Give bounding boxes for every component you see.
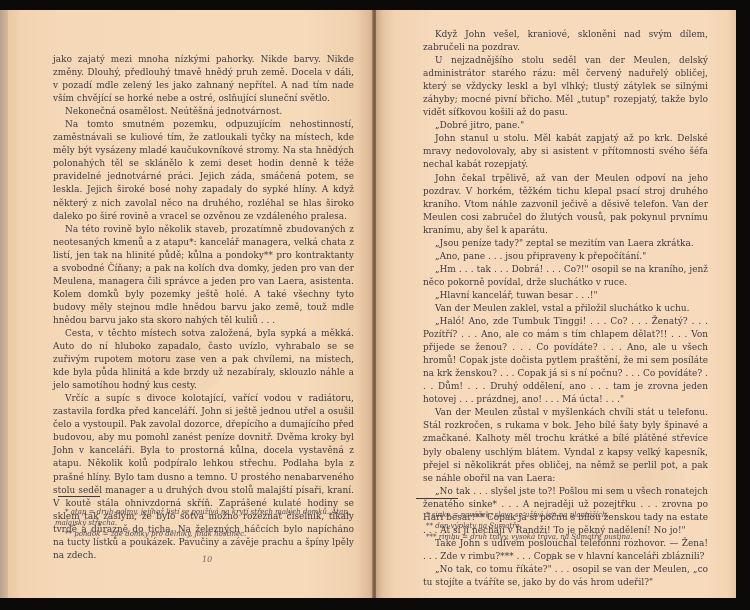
paragraph: Nekonečná osamělost. Neútěšná jednotvárn… (53, 106, 354, 119)
paragraph: Na tomto smutném pozemku, odpuzujícím ne… (53, 119, 354, 223)
right-page-footnotes: * sinke = nováček; slova se užívá jen na… (416, 510, 706, 543)
paragraph: „Haló! Ano, zde Tumbuk Tinggi! . . . Co?… (423, 316, 708, 407)
paragraph: „Dobré jitro, pane." (423, 120, 708, 133)
scan-border (736, 10, 750, 610)
right-page-body: Když John vešel, kraniové, skloněni nad … (423, 29, 708, 590)
paragraph: Když John vešel, kraniové, skloněni nad … (423, 29, 708, 55)
paragraph: U nejzadnějšího stolu seděl van der Meul… (423, 55, 708, 120)
paragraph: Cesta, v těchto místech sotva založená, … (53, 328, 354, 393)
footnote: ** pondok = zde domky pro dělníky, jinak… (55, 529, 355, 540)
paragraph: Van der Meulen zaklel, vstal a přiložil … (423, 303, 708, 316)
paragraph: John stanul u stolu. Měl kabát zapjatý a… (423, 133, 708, 172)
footnote-divider (416, 498, 458, 499)
footnote: * atap = druh palmy, jejíhož listí se po… (55, 507, 355, 529)
footnote: *** rimbu = druh trávy, vysoká tráva, na… (416, 532, 706, 543)
left-page: jako zajatý mezi mnoha nízkými pahorky. … (0, 10, 374, 598)
footnote: * sinke = nováček; slova se užívá jen na… (416, 510, 706, 521)
left-page-footnotes: * atap = druh palmy, jejíhož listí se po… (55, 507, 355, 540)
page-number: 10 (202, 555, 212, 564)
page-number: 11 (545, 553, 555, 562)
paragraph: jako zajatý mezi mnoha nízkými pahorky. … (53, 54, 354, 106)
paragraph: „Ano, pane . . . jsou připraveny k přepo… (423, 251, 708, 264)
paragraph: „Jsou peníze tady?" zeptal se mezitím va… (423, 238, 708, 251)
left-page-body: jako zajatý mezi mnoha nízkými pahorky. … (53, 54, 354, 563)
paragraph: Van der Meulen zůstal v myšlenkách chvíl… (423, 407, 708, 485)
footnote-divider (58, 496, 100, 497)
paragraph: „No tak, co tomu říkáte?" . . . osopil s… (423, 564, 708, 590)
paragraph: „Hlavní kancelář, tuwan besar . . .!" (423, 290, 708, 303)
footnote: ** den výplaty na Sumatře. (416, 521, 706, 532)
paragraph: John čekal trpělivě, až van der Meulen o… (423, 173, 708, 238)
paragraph: „Hm . . . tak . . . Dobrá! . . . Co?!" o… (423, 264, 708, 290)
paragraph: Na této rovině bylo několik staveb, proz… (53, 224, 354, 328)
right-page: Když John vešel, kraniové, skloněni nad … (376, 10, 736, 598)
book-spread: jako zajatý mezi mnoha nízkými pahorky. … (0, 10, 750, 598)
